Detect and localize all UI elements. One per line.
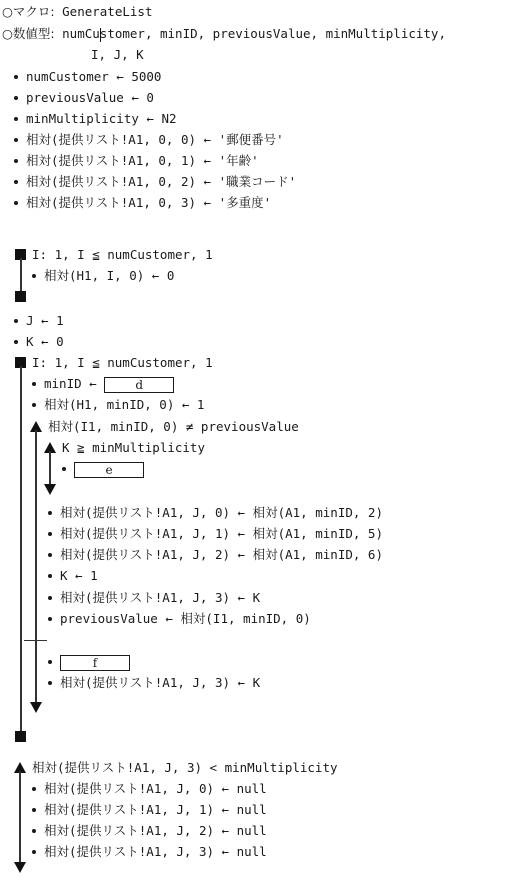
minid-assign: minID ← d (32, 375, 174, 393)
bullet-icon (32, 850, 36, 854)
init-line: previousValue ← 0 (14, 89, 154, 107)
numeric-label: ○数値型: (2, 26, 55, 41)
init-line: numCustomer ← 5000 (14, 68, 161, 86)
loop1-body: 相対(H1, I, 0) ← 0 (32, 267, 174, 285)
final-condition-end-arrow-icon (14, 862, 26, 873)
blank-d[interactable]: d (104, 377, 174, 393)
bullet-icon (48, 596, 52, 600)
bullet-icon (62, 467, 66, 471)
bullet-icon (48, 574, 52, 578)
bullet-icon (32, 274, 36, 278)
bullet-icon (48, 681, 52, 685)
blank-e[interactable]: e (74, 462, 144, 478)
loop-line (20, 366, 22, 732)
bullet-icon (14, 75, 18, 79)
bullet-icon (14, 159, 18, 163)
then-line: 相対(提供リスト!A1, J, 1) ← 相対(A1, minID, 5) (48, 525, 383, 543)
null-line: 相対(提供リスト!A1, J, 3) ← null (32, 843, 267, 861)
set-h1: 相対(H1, minID, 0) ← 1 (32, 396, 204, 414)
condition-line (35, 430, 37, 708)
then-line: 相対(提供リスト!A1, J, 0) ← 相対(A1, minID, 2) (48, 504, 383, 522)
init-line: 相対(提供リスト!A1, 0, 1) ← '年齢' (14, 152, 259, 170)
bullet-icon (14, 180, 18, 184)
macro-label: ○マクロ: (2, 4, 55, 19)
bullet-icon (48, 511, 52, 515)
bullet-icon (14, 117, 18, 121)
bullet-icon (14, 201, 18, 205)
loop1-header: I: 1, I ≦ numCustomer, 1 (32, 246, 213, 264)
numeric-vars-b: stomer, minID, previousValue, minMultipl… (100, 26, 446, 41)
bullet-icon (48, 553, 52, 557)
inner-condition-line (49, 451, 51, 487)
inner-condition: K ≧ minMultiplicity (62, 439, 205, 457)
loop-end-square-icon (15, 291, 26, 302)
bullet-icon (32, 787, 36, 791)
bullet-icon (32, 808, 36, 812)
then-line: 相対(提供リスト!A1, J, 3) ← K (48, 589, 260, 607)
loop-end-square-icon (15, 731, 26, 742)
bullet-icon (48, 617, 52, 621)
numeric-vars-a: numCu (62, 26, 100, 41)
loop-line (20, 258, 22, 294)
blank-f-line: f (48, 653, 130, 671)
init-line: minMultiplicity ← N2 (14, 110, 177, 128)
bullet-icon (32, 403, 36, 407)
bullet-icon (32, 382, 36, 386)
macro-name: GenerateList (62, 4, 152, 19)
numeric-declaration: ○数値型: numCustomer, minID, previousValue,… (2, 25, 446, 43)
init-line: 相対(提供リスト!A1, 0, 0) ← '郵便番号' (14, 131, 284, 149)
numeric-vars-line2: I, J, K (91, 46, 144, 64)
then-line: previousValue ← 相対(I1, minID, 0) (48, 610, 311, 628)
outer-condition: 相対(I1, minID, 0) ≠ previousValue (48, 418, 299, 436)
bullet-icon (14, 138, 18, 142)
bullet-icon (14, 340, 18, 344)
blank-e-line: e (62, 460, 144, 478)
macro-declaration: ○マクロ: GenerateList (2, 3, 152, 21)
blank-f[interactable]: f (60, 655, 130, 671)
null-line: 相対(提供リスト!A1, J, 1) ← null (32, 801, 267, 819)
assign-j: J ← 1 (14, 312, 64, 330)
init-line: 相対(提供リスト!A1, 0, 3) ← '多重度' (14, 194, 271, 212)
inner-condition-end-arrow-icon (44, 484, 56, 495)
assign-k: K ← 0 (14, 333, 64, 351)
bullet-icon (48, 660, 52, 664)
then-line: 相対(提供リスト!A1, J, 2) ← 相対(A1, minID, 6) (48, 546, 383, 564)
else-line: 相対(提供リスト!A1, J, 3) ← K (48, 674, 260, 692)
final-condition: 相対(提供リスト!A1, J, 3) < minMultiplicity (32, 759, 338, 777)
null-line: 相対(提供リスト!A1, J, 0) ← null (32, 780, 267, 798)
then-line: K ← 1 (48, 567, 98, 585)
bullet-icon (48, 532, 52, 536)
bullet-icon (14, 319, 18, 323)
else-divider (24, 640, 47, 641)
loop2-header: I: 1, I ≦ numCustomer, 1 (32, 354, 213, 372)
condition-end-arrow-icon (30, 702, 42, 713)
final-condition-line (19, 771, 21, 865)
bullet-icon (32, 829, 36, 833)
init-line: 相対(提供リスト!A1, 0, 2) ← '職業コード' (14, 173, 296, 191)
bullet-icon (14, 96, 18, 100)
null-line: 相対(提供リスト!A1, J, 2) ← null (32, 822, 267, 840)
